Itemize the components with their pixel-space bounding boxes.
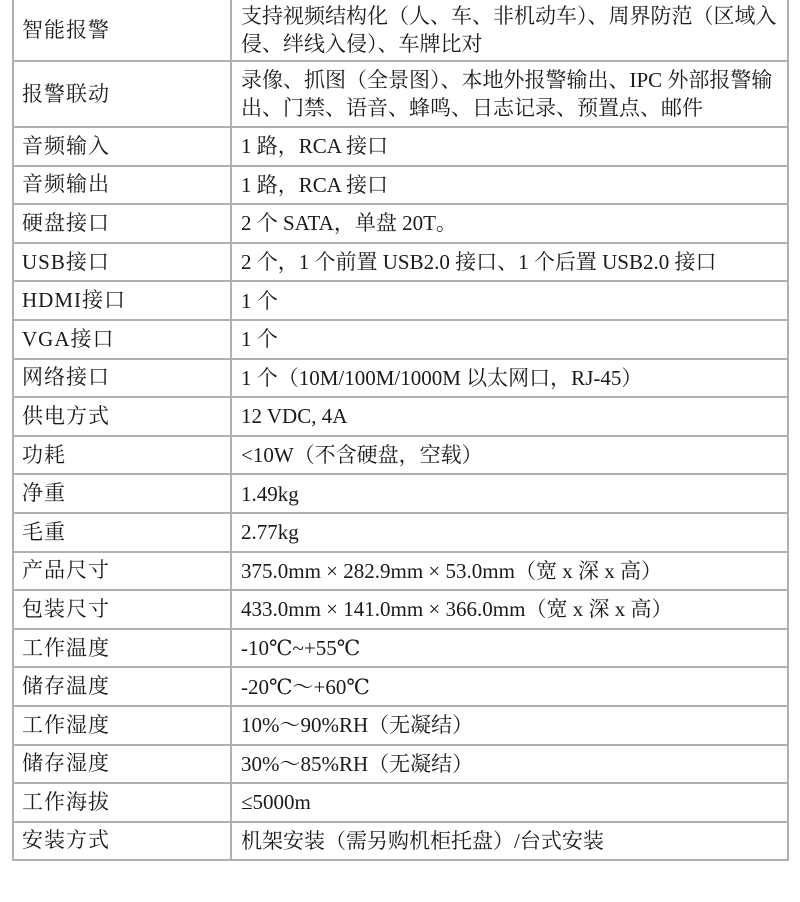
- spec-row: USB接口 2 个，1 个前置 USB2.0 接口、1 个后置 USB2.0 接…: [13, 243, 788, 282]
- spec-row: VGA接口 1 个: [13, 320, 788, 359]
- spec-label-cell: HDMI接口: [13, 281, 231, 320]
- spec-value-cell: <10W（不含硬盘，空载）: [231, 436, 788, 475]
- spec-value-cell: 10%～90%RH（无凝结）: [231, 706, 788, 745]
- spec-value-cell: -10℃~+55℃: [231, 629, 788, 668]
- spec-row: 功耗 <10W（不含硬盘，空载）: [13, 436, 788, 475]
- spec-value-cell: 1 个（10M/100M/1000M 以太网口，RJ-45）: [231, 359, 788, 398]
- spec-row: 工作湿度 10%～90%RH（无凝结）: [13, 706, 788, 745]
- spec-row: HDMI接口 1 个: [13, 281, 788, 320]
- spec-value-cell: 2.77kg: [231, 513, 788, 552]
- spec-row: 毛重 2.77kg: [13, 513, 788, 552]
- spec-value-cell: 支持视频结构化（人、车、非机动车）、周界防范（区域入侵、绊线入侵）、车牌比对: [231, 0, 788, 61]
- spec-value-cell: 1 个: [231, 281, 788, 320]
- spec-label-cell: 供电方式: [13, 397, 231, 436]
- spec-value-cell: 12 VDC, 4A: [231, 397, 788, 436]
- spec-label-cell: VGA接口: [13, 320, 231, 359]
- spec-label-cell: 音频输入: [13, 127, 231, 166]
- spec-table: 智能报警 支持视频结构化（人、车、非机动车）、周界防范（区域入侵、绊线入侵）、车…: [12, 0, 789, 861]
- spec-row: 储存温度 -20℃～+60℃: [13, 667, 788, 706]
- spec-label-cell: 工作湿度: [13, 706, 231, 745]
- spec-value-cell: 1 个: [231, 320, 788, 359]
- spec-label-cell: 产品尺寸: [13, 552, 231, 591]
- spec-row: 网络接口 1 个（10M/100M/1000M 以太网口，RJ-45）: [13, 359, 788, 398]
- spec-row: 包装尺寸 433.0mm × 141.0mm × 366.0mm（宽 x 深 x…: [13, 590, 788, 629]
- spec-label-cell: 硬盘接口: [13, 204, 231, 243]
- spec-label-cell: 工作海拔: [13, 783, 231, 822]
- spec-value-cell: 录像、抓图（全景图）、本地外报警输出、IPC 外部报警输出、门禁、语音、蜂鸣、日…: [231, 61, 788, 127]
- spec-value-cell: ≤5000m: [231, 783, 788, 822]
- spec-label-cell: 报警联动: [13, 61, 231, 127]
- spec-row: 供电方式 12 VDC, 4A: [13, 397, 788, 436]
- spec-label-cell: 毛重: [13, 513, 231, 552]
- spec-value-cell: -20℃～+60℃: [231, 667, 788, 706]
- spec-label-cell: 净重: [13, 474, 231, 513]
- spec-label-cell: 安装方式: [13, 822, 231, 861]
- spec-value-cell: 1.49kg: [231, 474, 788, 513]
- spec-value-cell: 1 路，RCA 接口: [231, 166, 788, 205]
- spec-value-cell: 375.0mm × 282.9mm × 53.0mm（宽 x 深 x 高）: [231, 552, 788, 591]
- spec-label-cell: 智能报警: [13, 0, 231, 61]
- spec-row: 音频输入 1 路，RCA 接口: [13, 127, 788, 166]
- spec-label-cell: 工作温度: [13, 629, 231, 668]
- spec-label-cell: 网络接口: [13, 359, 231, 398]
- spec-value-cell: 30%～85%RH（无凝结）: [231, 745, 788, 784]
- spec-label-cell: USB接口: [13, 243, 231, 282]
- spec-value-cell: 2 个 SATA，单盘 20T。: [231, 204, 788, 243]
- spec-label-cell: 储存湿度: [13, 745, 231, 784]
- spec-row: 智能报警 支持视频结构化（人、车、非机动车）、周界防范（区域入侵、绊线入侵）、车…: [13, 0, 788, 61]
- spec-row: 硬盘接口 2 个 SATA，单盘 20T。: [13, 204, 788, 243]
- spec-row: 工作海拔 ≤5000m: [13, 783, 788, 822]
- spec-label-cell: 包装尺寸: [13, 590, 231, 629]
- spec-label-cell: 储存温度: [13, 667, 231, 706]
- spec-row: 产品尺寸 375.0mm × 282.9mm × 53.0mm（宽 x 深 x …: [13, 552, 788, 591]
- spec-row: 音频输出 1 路，RCA 接口: [13, 166, 788, 205]
- spec-row: 报警联动 录像、抓图（全景图）、本地外报警输出、IPC 外部报警输出、门禁、语音…: [13, 61, 788, 127]
- spec-label-cell: 功耗: [13, 436, 231, 475]
- spec-value-cell: 机架安装（需另购机柜托盘）/台式安装: [231, 822, 788, 861]
- spec-row: 净重 1.49kg: [13, 474, 788, 513]
- spec-label-cell: 音频输出: [13, 166, 231, 205]
- spec-value-cell: 1 路，RCA 接口: [231, 127, 788, 166]
- spec-row: 安装方式 机架安装（需另购机柜托盘）/台式安装: [13, 822, 788, 861]
- spec-value-cell: 433.0mm × 141.0mm × 366.0mm（宽 x 深 x 高）: [231, 590, 788, 629]
- spec-table-body: 智能报警 支持视频结构化（人、车、非机动车）、周界防范（区域入侵、绊线入侵）、车…: [13, 0, 788, 860]
- spec-value-cell: 2 个，1 个前置 USB2.0 接口、1 个后置 USB2.0 接口: [231, 243, 788, 282]
- spec-row: 工作温度 -10℃~+55℃: [13, 629, 788, 668]
- spec-row: 储存湿度 30%～85%RH（无凝结）: [13, 745, 788, 784]
- document-page: 智能报警 支持视频结构化（人、车、非机动车）、周界防范（区域入侵、绊线入侵）、车…: [0, 0, 800, 902]
